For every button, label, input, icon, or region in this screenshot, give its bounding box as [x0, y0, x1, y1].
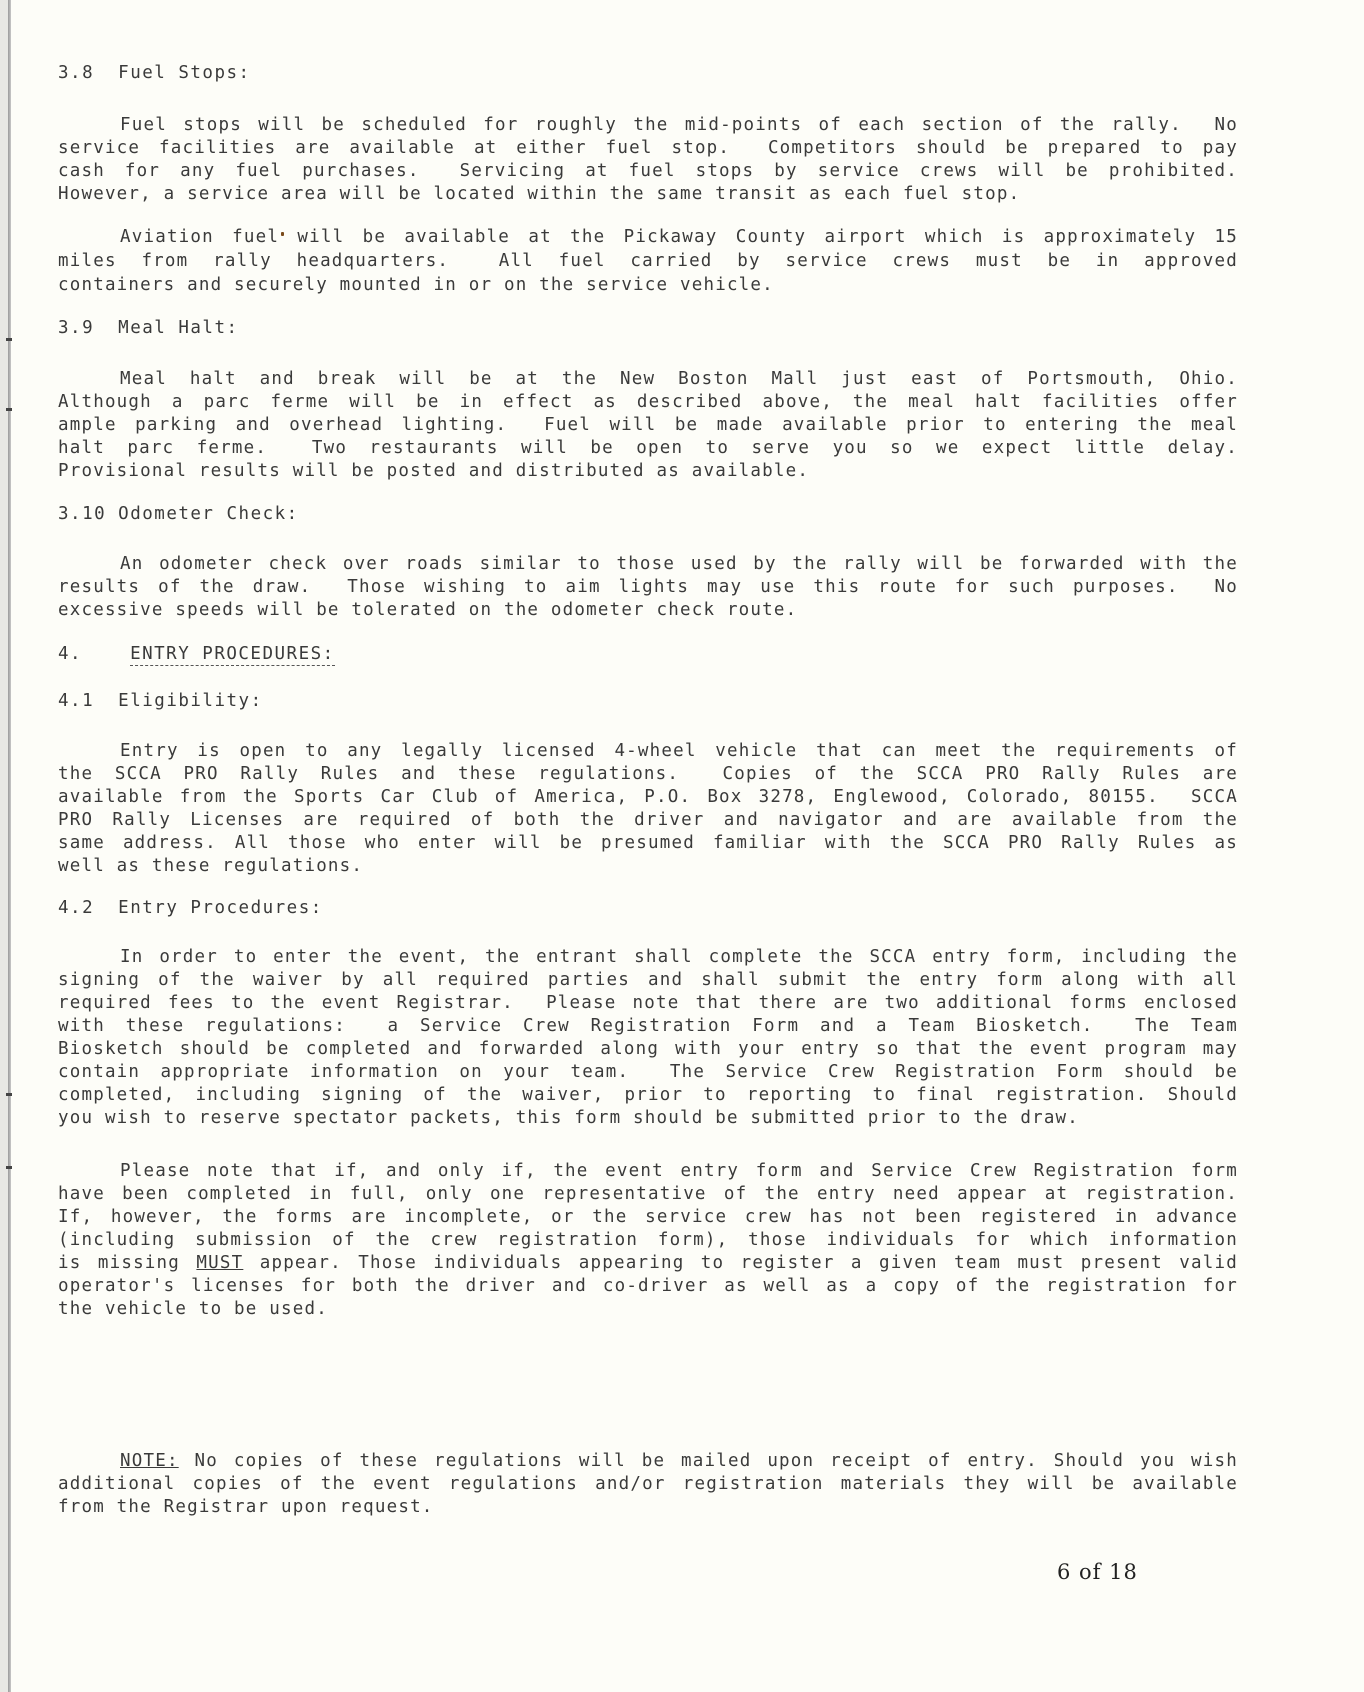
- note-line: from the Registrar upon request.: [58, 1496, 1238, 1518]
- paragraph-line: containers and securely mounted in or on…: [58, 274, 1238, 296]
- emphasis-must: MUST: [196, 1253, 243, 1273]
- paragraph-line: PRO Rally Licenses are required of both …: [58, 809, 1238, 831]
- paragraph-line: operator's licenses for both the driver …: [58, 1275, 1238, 1297]
- paragraph-line: Please note that if, and only if, the ev…: [58, 1160, 1238, 1182]
- page-edge: [8, 0, 11, 1692]
- paragraph-line: is missing MUST appear. Those individual…: [58, 1252, 1238, 1274]
- paragraph-line: with these regulations: a Service Crew R…: [58, 1015, 1238, 1037]
- binder-mark: [6, 1166, 12, 1169]
- paragraph-line: ample parking and overhead lighting. Fue…: [58, 414, 1238, 436]
- section-heading-4-2: 4.2 Entry Procedures:: [58, 897, 1238, 919]
- section-heading-3-10: 3.10 Odometer Check:: [58, 503, 1238, 525]
- section-heading-4: 4.ENTRY PROCEDURES:: [58, 643, 1238, 665]
- paragraph-line: Although a parc ferme will be in effect …: [58, 391, 1238, 413]
- section-heading-4-1: 4.1 Eligibility:: [58, 690, 1238, 712]
- paragraph-line: If, however, the forms are incomplete, o…: [58, 1206, 1238, 1228]
- binder-mark: [6, 1093, 12, 1096]
- paragraph-line: An odometer check over roads similar to …: [58, 553, 1238, 575]
- paragraph-line: Meal halt and break will be at the New B…: [58, 368, 1238, 390]
- paragraph-line: you wish to reserve spectator packets, t…: [58, 1107, 1238, 1129]
- paragraph-line: the vehicle to be used.: [58, 1298, 1238, 1320]
- section-number: 4.: [58, 644, 82, 664]
- paragraph-line: Aviation fuel will be available at the P…: [58, 226, 1238, 248]
- paragraph-line: same address. All those who enter will b…: [58, 832, 1238, 854]
- page-shadow: [0, 0, 8, 1692]
- paragraph-line: available from the Sports Car Club of Am…: [58, 786, 1238, 808]
- note-label: NOTE:: [120, 1451, 179, 1471]
- paragraph-line: Provisional results will be posted and d…: [58, 460, 1238, 482]
- section-heading-3-8: 3.8 Fuel Stops:: [58, 62, 1238, 84]
- paragraph-line: well as these regulations.: [58, 855, 1238, 877]
- paragraph-line: results of the draw. Those wishing to ai…: [58, 576, 1238, 598]
- paragraph-line: Fuel stops will be scheduled for roughly…: [58, 114, 1238, 136]
- paragraph-line: Biosketch should be completed and forwar…: [58, 1038, 1238, 1060]
- paragraph-line: miles from rally headquarters. All fuel …: [58, 250, 1238, 272]
- paragraph-line: However, a service area will be located …: [58, 183, 1238, 205]
- paragraph-line: signing of the waiver by all required pa…: [58, 969, 1238, 991]
- paragraph-line: required fees to the event Registrar. Pl…: [58, 992, 1238, 1014]
- paragraph-line: service facilities are available at eith…: [58, 137, 1238, 159]
- paragraph-line: halt parc ferme. Two restaurants will be…: [58, 437, 1238, 459]
- paragraph-line: contain appropriate information on your …: [58, 1061, 1238, 1083]
- paragraph-line: Entry is open to any legally licensed 4-…: [58, 740, 1238, 762]
- section-title: ENTRY PROCEDURES:: [130, 644, 335, 666]
- paragraph-line: excessive speeds will be tolerated on th…: [58, 599, 1238, 621]
- paragraph-line: the SCCA PRO Rally Rules and these regul…: [58, 763, 1238, 785]
- paragraph-line: have been completed in full, only one re…: [58, 1183, 1238, 1205]
- paragraph-line: completed, including signing of the waiv…: [58, 1084, 1238, 1106]
- section-heading-3-9: 3.9 Meal Halt:: [58, 317, 1238, 339]
- note-line: additional copies of the event regulatio…: [58, 1473, 1238, 1495]
- paragraph-line: In order to enter the event, the entrant…: [58, 946, 1238, 968]
- page-number: 6 of 18: [1057, 1560, 1138, 1584]
- paragraph-line: cash for any fuel purchases. Servicing a…: [58, 160, 1238, 182]
- binder-mark: [6, 338, 12, 341]
- binder-mark: [6, 408, 12, 411]
- paragraph-line: (including submission of the crew regist…: [58, 1229, 1238, 1251]
- note-line: NOTE: No copies of these regulations wil…: [58, 1450, 1238, 1472]
